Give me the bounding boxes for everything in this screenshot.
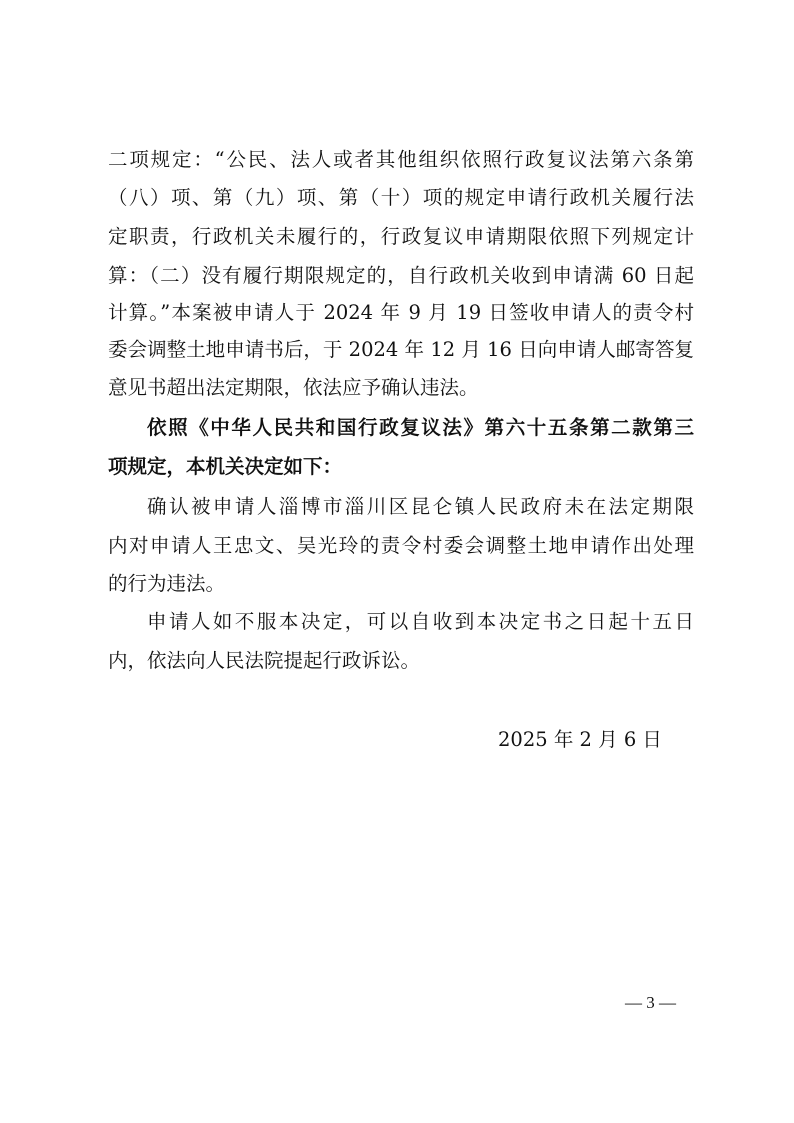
paragraph-1-line-3: 定职责，行政机关未履行的，行政复议申请期限依照下列规定计 [108, 222, 694, 252]
decision-date: 2025 年 2 月 6 日 [498, 725, 662, 755]
paragraph-1-line-5: 计算。”本案被申请人于 2024 年 9 月 19 日签收申请人的责令村 [108, 298, 694, 328]
page-number: — 3 — [625, 991, 676, 1015]
paragraph-2-line-2: 项规定，本机关决定如下： [108, 452, 694, 482]
document-page: 二项规定：“公民、法人或者其他组织依照行政复议法第六条第 （八）项、第（九）项、… [0, 0, 794, 1123]
paragraph-4-line-2: 内，依法向人民法院提起行政诉讼。 [108, 646, 694, 676]
paragraph-1-line-2: （八）项、第（九）项、第（十）项的规定申请行政机关履行法 [108, 183, 694, 213]
paragraph-1-line-1: 二项规定：“公民、法人或者其他组织依照行政复议法第六条第 [108, 145, 694, 175]
paragraph-2-line-1: 依照《中华人民共和国行政复议法》第六十五条第二款第三 [147, 413, 694, 443]
paragraph-3-line-3: 的行为违法。 [108, 569, 694, 599]
paragraph-1-line-6: 委会调整土地申请书后，于 2024 年 12 月 16 日向申请人邮寄答复 [108, 335, 694, 365]
paragraph-4-line-1: 申请人如不服本决定，可以自收到本决定书之日起十五日 [147, 607, 694, 637]
paragraph-1-line-4: 算：（二）没有履行期限规定的，自行政机关收到申请满 60 日起 [108, 261, 694, 291]
paragraph-1-line-7: 意见书超出法定期限，依法应予确认违法。 [108, 373, 694, 403]
paragraph-3-line-1: 确认被申请人淄博市淄川区昆仑镇人民政府未在法定期限 [147, 492, 694, 522]
paragraph-3-line-2: 内对申请人王忠文、吴光玲的责令村委会调整土地申请作出处理 [108, 531, 694, 561]
